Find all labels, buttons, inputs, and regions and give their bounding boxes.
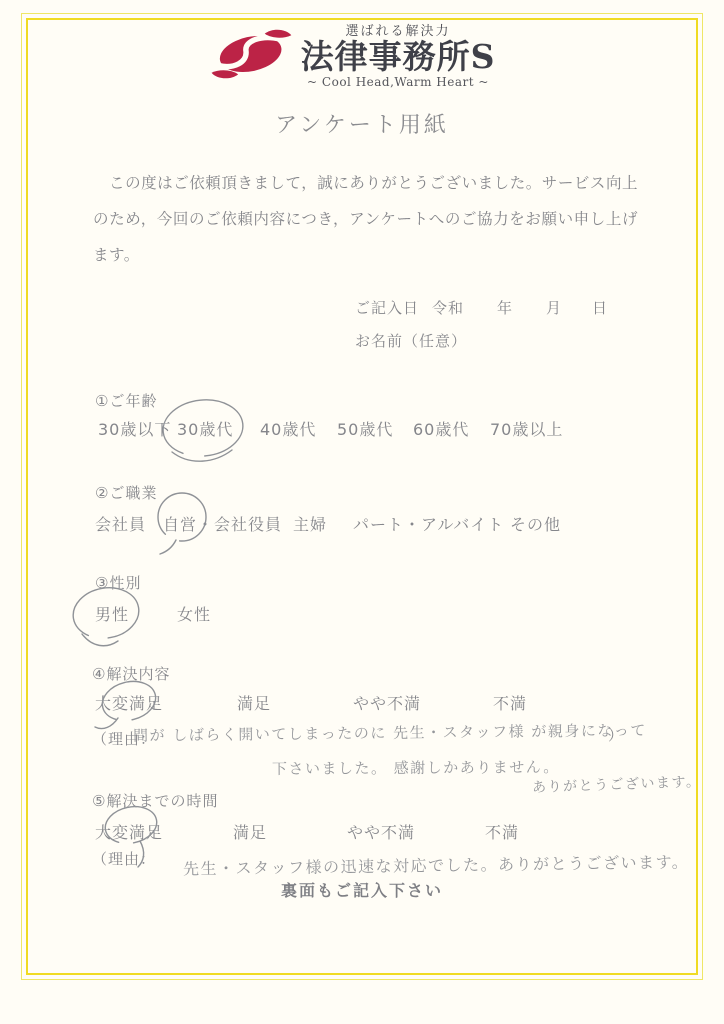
job-option-other: その他: [510, 512, 561, 535]
q4-option-satisfied: 満足: [237, 691, 271, 714]
q1-age-heading: ①ご年齢: [95, 390, 157, 411]
q4-option-somewhat-dissatisfied: やや不満: [353, 691, 421, 714]
q2-occupation-heading: ②ご職業: [95, 482, 157, 503]
survey-sheet: 選ばれる解決力 法律事務所S ~ Cool Head,Warm Heart ~ …: [0, 0, 724, 1024]
q5-option-somewhat-dissatisfied: やや不満: [347, 820, 415, 843]
name-label: お名前（任意）: [355, 330, 467, 351]
firm-motto: ~ Cool Head,Warm Heart ~: [282, 75, 514, 89]
backside-note: 裏面もご記入下さい: [0, 878, 724, 901]
job-option-parttime: パート・アルバイト: [353, 512, 504, 535]
job-option-company-employee: 会社員: [95, 512, 146, 535]
intro-paragraph: この度はご依頼頂きまして，誠にありがとうございました。サービス向上のため，今回の…: [93, 165, 638, 273]
age-option-under30: 30歳以下: [98, 417, 171, 440]
era-label: 令和: [432, 297, 464, 318]
q4-handwritten-reason-line1: 間が しばらく開いてしまったのに 先生・スタッフ様 が親身になって: [133, 719, 647, 745]
month-label: 月: [546, 297, 562, 318]
age-option-40s: 40歳代: [260, 417, 316, 440]
year-label: 年: [497, 297, 513, 318]
q5-handwritten-reason: 先生・スタッフ様の迅速な対応でした。ありがとうございます。: [183, 849, 690, 879]
page-title: アンケート用紙: [0, 108, 724, 139]
age-option-60s: 60歳代: [413, 417, 469, 440]
job-option-self-employed-executive: 自営・会社役員: [163, 512, 282, 535]
day-label: 日: [592, 297, 608, 318]
firm-name: 法律事務所S: [282, 39, 514, 75]
q5-option-satisfied: 満足: [233, 820, 267, 843]
q5-option-dissatisfied: 不満: [485, 820, 519, 843]
q3-gender-heading: ③性別: [95, 572, 141, 593]
q4-handwritten-reason-line2: 下さいました。 感謝しかありません。: [272, 756, 560, 779]
firm-logo-text: 選ばれる解決力 法律事務所S ~ Cool Head,Warm Heart ~: [282, 20, 514, 89]
gender-option-male: 男性: [95, 602, 129, 625]
job-option-housewife: 主婦: [293, 512, 327, 535]
q5-reason-open-label: （理由：: [92, 848, 156, 869]
q4-content-heading: ④解決内容: [92, 663, 170, 684]
q5-time-heading: ⑤解決までの時間: [92, 790, 218, 811]
q4-option-very-satisfied: 大変満足: [95, 691, 163, 714]
age-option-30s: 30歳代: [177, 417, 233, 440]
age-option-70plus: 70歳以上: [490, 417, 563, 440]
age-option-50s: 50歳代: [337, 417, 393, 440]
date-label: ご記入日: [355, 297, 419, 318]
gender-option-female: 女性: [177, 602, 211, 625]
q5-option-very-satisfied: 大変満足: [95, 820, 163, 843]
q4-option-dissatisfied: 不満: [493, 691, 527, 714]
